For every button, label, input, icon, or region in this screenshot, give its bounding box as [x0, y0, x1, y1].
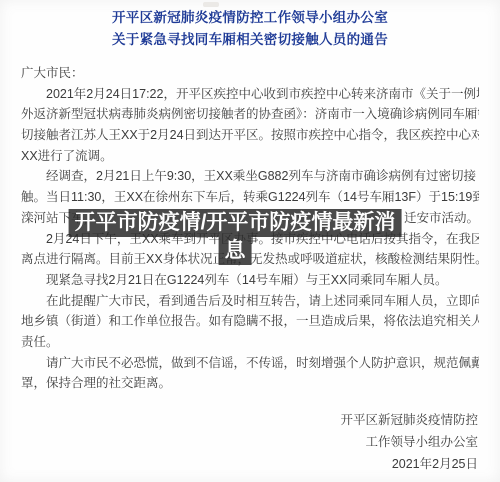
- notice-line: 地乡镇（街道）和工作单位报告。如有隐瞒不报，一旦造成后果，将依法追究相关人员: [21, 311, 479, 332]
- notice-line-fragment-right: 迁安市活动。: [404, 208, 479, 229]
- notice-line: 罩，保持合理的社交距离。: [21, 373, 479, 394]
- notice-line: 外返济新型冠状病毒肺炎病例密切接触者的协查函》：济南市一入境确诊病例同车厢密: [21, 104, 479, 125]
- watermark-text-line2: 息: [219, 237, 252, 265]
- notice-line: 请广大市民不必恐慌，做到不信谣，不传谣，时刻增强个人防护意识，规范佩戴口: [21, 353, 479, 374]
- notice-line: 广大市民：: [21, 63, 479, 84]
- notice-line: 经调查，2月21日上午9:30，王XX乘坐G882列车与济南市确诊病例有过密切接: [21, 166, 479, 187]
- notice-line: XX进行了流调。: [21, 146, 479, 167]
- signature-date: 2021年2月25日: [340, 453, 478, 475]
- notice-title-line1: 开平区新冠肺炎疫情防控工作领导小组办公室: [0, 7, 500, 29]
- notice-line: 在此提醒广大市民，看到通告后及时相互转告，请上述同乘同车厢人员，立即向属: [21, 291, 479, 312]
- notice-line: 切接触者江苏人王XX于2月24日到达开平区。按照市疾控中心指令，我区疾控中心对王: [21, 125, 479, 146]
- notice-title: 开平区新冠肺炎疫情防控工作领导小组办公室 关于紧急寻找同车厢相关密切接触人员的通…: [0, 7, 500, 51]
- watermark-overlay: 开平市防疫情/开平市防疫情最新消 息: [69, 209, 402, 265]
- notice-line: 触。当日11:30，王XX在徐州东下车后，转乘G1224列车（14号车厢13F）…: [21, 187, 479, 208]
- watermark-text-line1: 开平市防疫情/开平市防疫情最新消: [69, 209, 402, 237]
- signature-org-line2: 工作领导小组办公室: [340, 431, 478, 453]
- signature-block: 开平区新冠肺炎疫情防控 工作领导小组办公室 2021年2月25日: [340, 409, 478, 475]
- signature-org-line1: 开平区新冠肺炎疫情防控: [340, 409, 478, 431]
- notice-line: 责任。: [21, 332, 479, 353]
- notice-line: 现紧急寻找2月21日在G1224列车（14号车厢）与王XX同乘同车厢人员。: [21, 270, 479, 291]
- notice-title-line2: 关于紧急寻找同车厢相关密切接触人员的通告: [0, 29, 500, 51]
- notice-line: 2021年2月24日17:22，开平区疾控中心收到市疾控中心转来济南市《关于一例…: [21, 84, 479, 105]
- notice-page: 开平区新冠肺炎疫情防控工作领导小组办公室 关于紧急寻找同车厢相关密切接触人员的通…: [0, 0, 500, 482]
